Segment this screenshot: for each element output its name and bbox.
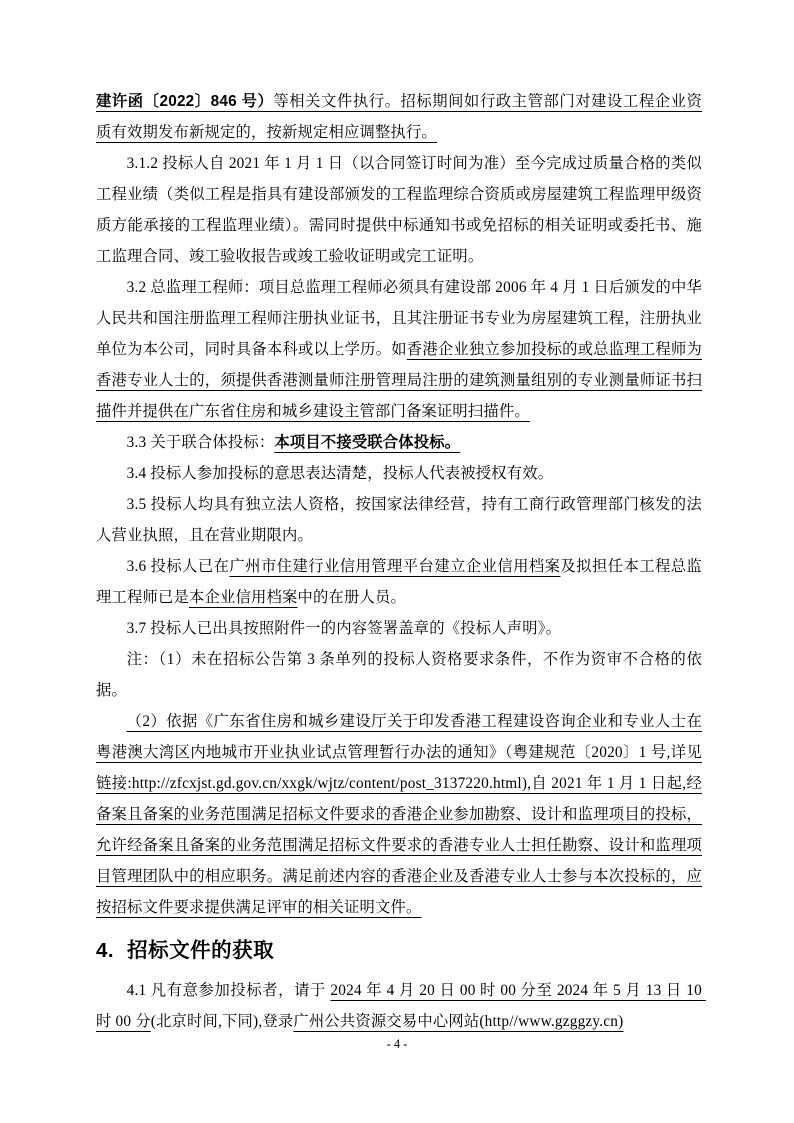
para-4-1: 4.1 凡有意参加投标者，请于 2024 年 4 月 20 日 00 时 00 … xyxy=(96,975,702,1037)
para-3-4: 3.4 投标人参加投标的意思表达清楚，投标人代表被授权有效。 xyxy=(96,458,702,489)
note-2-underline-text: （2）依据《广东省住房和城乡建设厅关于印发香港工程建设咨询企业和专业人士在粤港澳… xyxy=(96,713,702,916)
para-note-2: （2）依据《广东省住房和城乡建设厅关于印发香港工程建设咨询企业和专业人士在粤港澳… xyxy=(96,706,702,923)
para-note-1: 注：（1）未在招标公告第 3 条单列的投标人资格要求条件，不作为资审不合格的依据… xyxy=(96,644,702,706)
obtain-docs-mid-text: (北京时间,下同),登录 xyxy=(151,1013,294,1030)
para-3-5: 3.5 投标人均具有独立法人资格，按国家法律经营，持有工商行政管理部门核发的法人… xyxy=(96,489,702,551)
legal-person-text: 3.5 投标人均具有独立法人资格，按国家法律经营，持有工商行政管理部门核发的法人… xyxy=(96,496,702,544)
para-3-3: 3.3 关于联合体投标：本项目不接受联合体投标。 xyxy=(96,427,702,458)
consortium-bid-label: 3.3 关于联合体投标： xyxy=(127,434,275,451)
enterprise-credit-underline-text: 本企业信用档案 xyxy=(189,589,297,606)
bidder-declaration-text: 3.7 投标人已出具按照附件一的内容签署盖章的《投标人声明》。 xyxy=(127,620,562,637)
credit-archive-lead-text: 3.6 投标人已在 xyxy=(127,558,230,575)
para-3-6: 3.6 投标人已在广州市住建行业信用管理平台建立企业信用档案及拟担任本工程总监理… xyxy=(96,551,702,613)
note-1-text: 注：（1）未在招标公告第 3 条单列的投标人资格要求条件，不作为资审不合格的依据… xyxy=(96,651,702,699)
bid-intent-text: 3.4 投标人参加投标的意思表达清楚，投标人代表被授权有效。 xyxy=(127,465,554,482)
page-footer: - 4 - xyxy=(0,1036,794,1052)
bidder-performance-text: 3.1.2 投标人自 2021 年 1 月 1 日（以合同签订时间为准）至今完成… xyxy=(96,155,702,265)
para-3-7: 3.7 投标人已出具按照附件一的内容签署盖章的《投标人声明》。 xyxy=(96,613,702,644)
credit-platform-underline-text: 广州市住建行业信用管理平台建立企业信用档案 xyxy=(229,558,560,575)
no-consortium-bold-text: 本项目不接受联合体投标。 xyxy=(274,434,460,451)
section-number: 4. xyxy=(96,939,114,962)
document-page: 建许函〔2022〕846 号）等相关文件执行。招标期间如行政主管部门对建设工程企… xyxy=(0,0,794,1123)
trade-center-website-link-text: 广州公共资源交易中心网站(http//www.gzggzy.cn) xyxy=(293,1013,623,1030)
para-3-1-2: 3.1.2 投标人自 2021 年 1 月 1 日（以合同签订时间为准）至今完成… xyxy=(96,148,702,272)
doc-number-bold-text: 建许函〔2022〕846 号） xyxy=(96,93,273,110)
para-document-ref-continuation: 建许函〔2022〕846 号）等相关文件执行。招标期间如行政主管部门对建设工程企… xyxy=(96,86,702,148)
para-3-2: 3.2 总监理工程师：项目总监理工程师必须具有建设部 2006 年 4 月 1 … xyxy=(96,272,702,427)
page-number: - 4 - xyxy=(387,1037,408,1051)
credit-archive-tail-text: 中的在册人员。 xyxy=(297,589,405,606)
section-4-heading: 4.招标文件的获取 xyxy=(96,936,702,966)
section-title: 招标文件的获取 xyxy=(127,939,274,962)
obtain-docs-lead-text: 4.1 凡有意参加投标者，请于 xyxy=(127,982,331,999)
page-content: 建许函〔2022〕846 号）等相关文件执行。招标期间如行政主管部门对建设工程企… xyxy=(96,86,702,1037)
